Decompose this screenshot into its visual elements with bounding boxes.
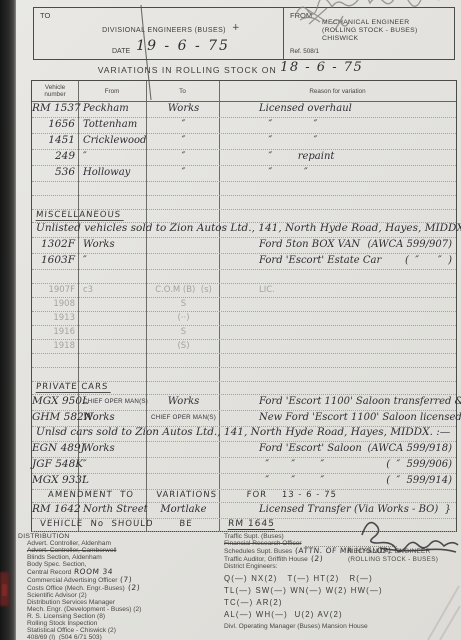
table-row: JGF 548K″ ″ ″ ″( ″ 599/906) (32, 458, 456, 474)
distribution-item-text: Rolling Stock Inspection (27, 620, 97, 627)
reason-cell: Ford 'Escort' Saloon(AWCA 599/918) (221, 442, 454, 457)
reason-text: LIC. (259, 285, 275, 295)
table-row: MGX 933L″ ″ ″ ″( ″ 599/914) (32, 474, 456, 490)
scan-edge-band (0, 0, 16, 640)
distribution-item: Scientific Advisor (2) (27, 592, 141, 599)
to-cell: C.O.M (B) (s) (148, 284, 219, 297)
from-cell: ″ (80, 458, 149, 473)
distribution-item: TC(—) AR(2) (224, 599, 392, 606)
fleet-reference: (AWCA 599/907) (368, 238, 453, 251)
distribution-item-text: Advert. Controller, Camberwell (27, 547, 116, 554)
vehicle-cell: 536 (32, 166, 77, 181)
vehicle-cell: 1603F (32, 254, 77, 269)
from-cell (80, 326, 149, 339)
vehicle-cell: 1302F (32, 238, 77, 253)
distribution-item: R. S. Licensing Section (8) (27, 613, 141, 620)
to-cell: ″ (148, 134, 219, 149)
from-cell: ″ (80, 150, 149, 165)
distribution-item-text: Divl. Operating Manager (Buses) Mansion … (224, 623, 368, 630)
sender-line-1: MECHANICAL ENGINEER (322, 19, 418, 27)
signature-dotted-line (305, 546, 397, 547)
distribution-item-text: Statistical Office - Chiswick (2) (27, 627, 116, 634)
reason-cell: Ford 'Escort' Estate Car( ″ ″ ) (221, 254, 454, 269)
amendment-heading: AMENDMENT TO VARIATIONS FOR 13 - 6 - 75 (48, 490, 337, 500)
column-header-to: To (146, 81, 219, 101)
vehicle-cell: RM 1537 (32, 102, 77, 117)
vehicle-cell: RM 1642 (32, 503, 77, 518)
table-row: 1603F″Ford 'Escort' Estate Car( ″ ″ ) (32, 254, 456, 270)
vehicle-cell: MGX 950L (32, 395, 77, 410)
to-cell: ″ (148, 150, 219, 165)
distribution-item-text: 408/69 (I) (504 6/71 503) (27, 634, 102, 640)
reason-text: Ford 'Escort' Estate Car (259, 255, 381, 266)
distribution-item: Advert. Controller, Aldenham (27, 540, 141, 547)
from-label: FROM (290, 11, 312, 20)
vehicle-cell: 1908 (32, 298, 77, 311)
from-cell: Works (80, 238, 149, 253)
reason-text: New Ford 'Escort 1100' Saloon licensed (259, 412, 461, 423)
reason-cell: ″ repaint (221, 150, 454, 165)
from-cell (80, 312, 149, 325)
table-row: Unlsd cars sold to Zion Autos Ltd., 141,… (32, 427, 456, 442)
distribution-item: District Engineers: (224, 563, 392, 570)
table-row: 1918(S) (32, 340, 456, 354)
reason-text: ″ ″ (259, 119, 317, 130)
to-cell (148, 254, 219, 269)
sender-line-3: CHISWICK (322, 35, 418, 43)
reason-cell: Ford 'Escort 1100' Saloon transferred & … (221, 395, 454, 410)
stamp-line-1: MECHANICAL ENGINEER (348, 548, 438, 556)
vehicle-cell: 1916 (32, 326, 77, 339)
reason-text: ″ ″ (259, 135, 317, 146)
vehicle-cell: 1918 (32, 340, 77, 353)
reason-cell: Licensed Transfer (Via Works - BO) } (221, 503, 454, 518)
distribution-item: AL(—) WH(—) U(2) AV(2) (224, 611, 392, 618)
reason-text: ″ repaint (259, 151, 334, 162)
table-row: GHM 582NWorksCHIEF OPER MAN(S)New Ford '… (32, 411, 456, 427)
from-cell: Cricklewood (80, 134, 149, 149)
distribution-item: Divl. Operating Manager (Buses) Mansion … (224, 623, 392, 630)
distribution-item-text: Central Record (27, 569, 71, 576)
corrected-vehicle-number: RM 1645 (228, 519, 276, 530)
reason-cell: ″ ″ ″( ″ 599/914) (221, 474, 454, 489)
fleet-reference: ( ″ ″ ) (405, 254, 452, 267)
to-cell (148, 442, 219, 457)
distribution-item-text: AL(—) WH(—) U(2) AV(2) (224, 610, 343, 619)
reason-cell (221, 340, 454, 353)
reason-text: Ford 'Escort 1100' Saloon transferred & … (259, 396, 461, 407)
distribution-item: TL(—) SW(—) WN(—) W(2) HW(—) (224, 587, 392, 594)
from-cell: Works (80, 442, 149, 457)
table-header-row: Vehicle number From To Reason for variat… (32, 81, 456, 102)
to-cell: ″ (148, 118, 219, 133)
table-row (32, 270, 456, 284)
table-row: 1908S (32, 298, 456, 312)
distribution-item-text: TL(—) SW(—) WN(—) W(2) HW(—) (224, 586, 383, 595)
reason-cell: Ford 5ton BOX VAN(AWCA 599/907) (221, 238, 454, 253)
distribution-item: Traffic Supt. (Buses) (224, 533, 392, 540)
table-row: Unlisted vehicles sold to Zion Autos Ltd… (32, 223, 456, 238)
title-date: 18 - 6 - 75 (280, 60, 363, 75)
to-cell: Mortlake (148, 503, 219, 518)
distribution-item-text: Traffic Auditor, Griffith House (224, 556, 308, 563)
handwritten-annotation: ROOM 34 (74, 568, 114, 575)
table-row: 1916S (32, 326, 456, 340)
distribution-heading: DISTRIBUTION (18, 533, 70, 540)
reason-cell: Licensed overhaul (221, 102, 454, 117)
distribution-item-text: Schedules Supt. Buses (224, 548, 292, 555)
table-body: RM 1537PeckhamWorksLicensed overhaul1656… (32, 102, 456, 532)
table-row (32, 368, 456, 382)
distribution-item: Mech. Engr. (Development - Buses) (2) (27, 606, 141, 613)
fleet-reference: ( ″ 599/906) (386, 458, 452, 471)
section-label: PRIVATE CARS (36, 382, 112, 393)
distribution-item-text: District Engineers: (224, 563, 278, 570)
to-header-label: To (179, 88, 186, 95)
distribution-item-text: Scientific Advisor (2) (27, 592, 87, 599)
vehicle-cell: GHM 582N (32, 411, 77, 426)
reason-text: Ford 5ton BOX VAN (259, 239, 360, 250)
to-cell (148, 238, 219, 253)
fleet-reference: (AWCA 599/918) (368, 442, 453, 455)
to-label: TO (40, 11, 50, 20)
fleet-reference: ( ″ 599/914) (386, 474, 452, 487)
table-row: AMENDMENT TO VARIATIONS FOR 13 - 6 - 75 (32, 490, 456, 503)
to-cell: S (148, 298, 219, 311)
distribution-item: Commercial Advertising Officer(7) (27, 576, 141, 584)
title-typed: VARIATIONS IN ROLLING STOCK ON (98, 65, 277, 75)
vehicle-header-line1: Vehicle (45, 84, 65, 91)
to-cell: Works (148, 395, 219, 410)
date-row: DATE19 - 6 - 75 (112, 41, 230, 57)
distribution-item-text: TC(—) AR(2) (224, 598, 283, 607)
table-row: 249″″ ″ repaint (32, 150, 456, 166)
distribution-item: Blinds Section, Aldenham (27, 554, 141, 561)
vehicle-cell: 1913 (32, 312, 77, 325)
from-cell (80, 340, 149, 353)
table-row (32, 354, 456, 368)
signature-stamp: MECHANICAL ENGINEER (ROLLING STOCK - BUS… (348, 548, 438, 563)
scanned-page: TO DIVISIONAL ENGINEERS (BUSES) + DATE19… (0, 0, 461, 640)
distribution-item-text: Blinds Section, Aldenham (27, 554, 102, 561)
footer: DISTRIBUTION Advert. Controller, Aldenha… (0, 531, 461, 640)
distribution-item-text: Q(—) NX(2) T(—) HT(2) R(—) (224, 574, 373, 583)
distribution-item: Advert. Controller, Camberwell (27, 547, 141, 554)
document-title: VARIATIONS IN ROLLING STOCK ON 18 - 6 - … (0, 62, 461, 77)
from-cell: ″ (80, 474, 149, 489)
table-row (32, 182, 456, 196)
table-row (32, 196, 456, 210)
reason-text: Licensed overhaul (259, 103, 352, 114)
column-header-from: From (78, 81, 146, 101)
from-cell: Works (80, 411, 149, 426)
amendment-correction: VEHICLE No SHOULD BE (40, 519, 208, 529)
header-box-divider (283, 8, 284, 59)
handwritten-annotation: (7) (120, 576, 133, 583)
table-row: 536Holloway″ ″ ″ (32, 166, 456, 182)
table-row: PRIVATE CARS (32, 382, 456, 395)
distribution-item: Statistical Office - Chiswick (2) (27, 627, 141, 634)
ref-number: Ref. 508/1 (290, 48, 319, 55)
distribution-item-text: Costs Office (Mech. Engr.-Buses) (27, 585, 125, 592)
table-row: 1913(··) (32, 312, 456, 326)
vehicle-header-line2: number (44, 91, 65, 98)
from-cell: North Street (80, 503, 149, 518)
reason-header-label: Reason for variation (309, 88, 365, 95)
to-cell: (··) (148, 312, 219, 325)
reason-cell: New Ford 'Escort 1100' Saloon licensed (221, 411, 454, 426)
distribution-item: Costs Office (Mech. Engr.-Buses)(2) (27, 584, 141, 592)
to-cell: (S) (148, 340, 219, 353)
vehicle-cell: MGX 933L (32, 474, 77, 489)
distribution-item-text: Financial Research Officer (224, 540, 302, 547)
to-cell: Works (148, 102, 219, 117)
table-row: RM 1642North StreetMortlakeLicensed Tran… (32, 503, 456, 519)
table-row: RM 1537PeckhamWorksLicensed overhaul (32, 102, 456, 118)
section-label: MISCELLANEOUS (36, 210, 125, 221)
to-cell: CHIEF OPER MAN(S) (148, 411, 219, 426)
from-cell: ″ (80, 254, 149, 269)
vehicle-cell: 1907F (32, 284, 77, 297)
reason-cell: ″ ″ ″( ″ 599/906) (221, 458, 454, 473)
distribution-item: 408/69 (I) (504 6/71 503) (27, 634, 141, 640)
table-row: 1302FWorksFord 5ton BOX VAN(AWCA 599/907… (32, 238, 456, 254)
reason-text: ″ ″ (259, 167, 308, 178)
vehicle-cell: 249 (32, 150, 77, 165)
reason-text: Licensed Transfer (Via Works - BO) } (259, 504, 451, 515)
handwritten-annotation: (2) (311, 555, 324, 562)
to-cell: S (148, 326, 219, 339)
distribution-item-text: Traffic Supt. (Buses) (224, 533, 284, 540)
reason-cell (221, 312, 454, 325)
from-cell: CHIEF OPER MAN(S) (80, 395, 149, 410)
note-line: Unlsd cars sold to Zion Autos Ltd., 141,… (36, 426, 450, 438)
header-box: TO DIVISIONAL ENGINEERS (BUSES) + DATE19… (33, 7, 455, 60)
from-header-label: From (105, 88, 120, 95)
distribution-item-text: Commercial Advertising Officer (27, 577, 117, 584)
reason-cell: ″ ″ (221, 166, 454, 181)
distribution-left-list: Advert. Controller, AldenhamAdvert. Cont… (27, 540, 141, 640)
column-header-vehicle: Vehicle number (32, 81, 78, 101)
distribution-item-text: Mech. Engr. (Development - Buses) (2) (27, 606, 141, 613)
note-line: Unlisted vehicles sold to Zion Autos Ltd… (36, 222, 461, 234)
from-cell: Holloway (80, 166, 149, 181)
from-cell: Tottenham (80, 118, 149, 133)
plus-mark: + (232, 23, 240, 33)
vehicle-cell: 1656 (32, 118, 77, 133)
handwritten-annotation: (2) (127, 584, 140, 591)
reason-cell (221, 298, 454, 311)
table-row: MGX 950LCHIEF OPER MAN(S)WorksFord 'Esco… (32, 395, 456, 411)
to-cell (148, 474, 219, 489)
table-row: 1656Tottenham″ ″ ″ (32, 118, 456, 134)
sender-line-2: (ROLLING STOCK - BUSES) (322, 27, 418, 35)
date-label: DATE (112, 48, 130, 55)
table-row: 1451Cricklewood″ ″ ″ (32, 134, 456, 150)
reason-cell: ″ ″ (221, 134, 454, 149)
reason-cell: LIC. (221, 284, 454, 297)
distribution-item: Rolling Stock Inspection (27, 620, 141, 627)
red-ink-smudge (2, 584, 7, 596)
reason-text: Ford 'Escort' Saloon (259, 443, 362, 454)
sender-lines: MECHANICAL ENGINEER (ROLLING STOCK - BUS… (322, 19, 418, 43)
reason-cell: ″ ″ (221, 118, 454, 133)
distribution-item-text: R. S. Licensing Section (8) (27, 613, 105, 620)
distribution-item-text: Distribution Services Manager (27, 599, 115, 606)
distribution-item-text: Advert. Controller, Aldenham (27, 540, 111, 547)
reason-cell (221, 326, 454, 339)
reason-text: ″ ″ ″ (259, 459, 324, 470)
from-cell: Peckham (80, 102, 149, 117)
to-cell: ″ (148, 166, 219, 181)
date-value: 19 - 6 - 75 (136, 38, 230, 54)
distribution-item: Distribution Services Manager (27, 599, 141, 606)
stamp-line-2: (ROLLING STOCK - BUSES) (348, 556, 438, 564)
vehicle-cell: JGF 548K (32, 458, 77, 473)
from-cell (80, 298, 149, 311)
table-row: 1907Fc3C.O.M (B) (s)LIC. (32, 284, 456, 298)
distribution-item: Q(—) NX(2) T(—) HT(2) R(—) (224, 575, 392, 582)
vehicle-cell: EGN 489J (32, 442, 77, 457)
table-row: EGN 489JWorksFord 'Escort' Saloon(AWCA 5… (32, 442, 456, 458)
reason-text: ″ ″ ″ (259, 475, 324, 486)
vehicle-cell: 1451 (32, 134, 77, 149)
column-header-reason: Reason for variation (219, 81, 456, 101)
to-cell (148, 458, 219, 473)
variations-table: Vehicle number From To Reason for variat… (31, 80, 457, 532)
from-cell: c3 (80, 284, 149, 297)
